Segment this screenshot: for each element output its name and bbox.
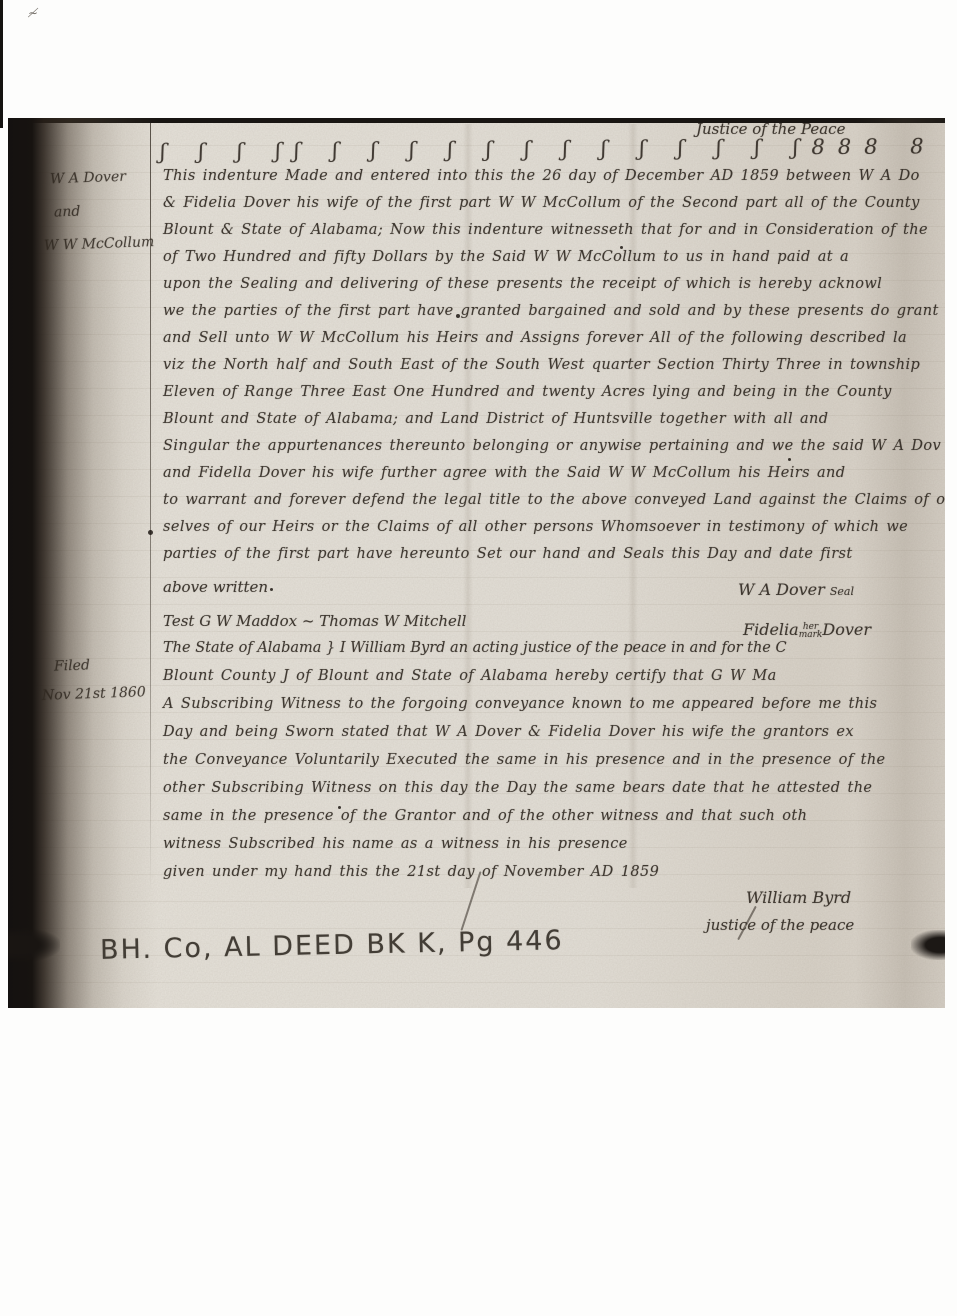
deed-line: selves of our Heirs or the Claims of all… [163, 519, 945, 546]
attestation-line: Test G W Maddox ~ Thomas W Mitchell [163, 612, 466, 630]
deed-line: Blount and State of Alabama; and Land Di… [163, 411, 945, 438]
deed-line: and Fidella Dover his wife further agree… [163, 465, 945, 492]
wife-signature-first: Fidelia [743, 620, 799, 639]
archival-reference-note: BH. Co, AL DEED BK K, Pg 446 [100, 925, 564, 966]
deed-line: Blount & State of Alabama; Now this inde… [163, 222, 945, 249]
ink-speck [620, 246, 623, 249]
certificate-line: Day and being Sworn stated that W A Dove… [163, 724, 945, 752]
certificate-line: the Conveyance Voluntarily Executed the … [163, 752, 945, 780]
certificate-opening-line: The State of Alabama } I William Byrd an… [163, 640, 787, 656]
deed-line: & Fidelia Dover his wife of the first pa… [163, 195, 945, 222]
deed-line: Singular the appurtenances thereunto bel… [163, 438, 945, 465]
margin-note-connector: and [54, 204, 81, 221]
margin-note-filed: Filed [54, 657, 90, 674]
justice-signature: William Byrd [746, 888, 851, 907]
deed-line: upon the Sealing and delivering of these… [163, 276, 945, 303]
deed-closing-line: above written [163, 578, 268, 596]
seal-mark: Seal [830, 585, 854, 598]
deed-line: viz the North half and South East of the… [163, 357, 945, 384]
deed-line: and Sell unto W W McCollum his Heirs and… [163, 330, 945, 357]
ink-speck [788, 458, 791, 461]
wife-signature-last: Dover [822, 620, 871, 639]
scan-blob-bottom-left [8, 928, 60, 962]
ink-speck [456, 314, 460, 318]
deed-page: Justice of the Peace ʃ ʃ ʃ ʃʃ ʃ ʃ ʃ ʃ ʃ … [8, 118, 945, 1008]
deed-line: This indenture Made and entered into thi… [163, 168, 945, 195]
certificate-line: Blount County J of Blount and State of A… [163, 668, 945, 696]
grantor-signature: W A Dover Seal [738, 580, 854, 599]
certificate-text: Blount County J of Blount and State of A… [163, 668, 945, 892]
wife-signature: FideliahermarkDover [743, 620, 871, 639]
deed-line: of Two Hundred and fifty Dollars by the … [163, 249, 945, 276]
justice-title: justice of the peace [706, 916, 854, 934]
deed-line: we the parties of the first part have gr… [163, 303, 945, 330]
pen-flourish-row: ʃ ʃ ʃ ʃʃ ʃ ʃ ʃ ʃ ʃ ʃ ʃ ʃ ʃ ʃ ʃ ʃ ʃ888 8 … [160, 132, 945, 163]
certificate-line: A Subscribing Witness to the forgoing co… [163, 696, 945, 724]
ink-speck [270, 588, 273, 591]
scanned-deed-document: ≁ Justice of the Peace ʃ ʃ ʃ ʃʃ ʃ ʃ ʃ ʃ … [0, 0, 957, 1316]
stray-pen-mark: ≁ [28, 6, 38, 20]
ink-speck [338, 806, 341, 809]
mark-label: mark [799, 630, 823, 640]
certificate-line: witness Subscribed his name as a witness… [163, 836, 945, 864]
ink-speck [148, 530, 153, 535]
margin-note-grantor: W A Dover [50, 169, 126, 188]
deed-line: to warrant and forever defend the legal … [163, 492, 945, 519]
scanner-edge-artifact [0, 0, 3, 128]
grantor-signature-name: W A Dover [738, 580, 825, 599]
deed-line: parties of the first part have hereunto … [163, 546, 945, 573]
certificate-line: other Subscribing Witness on this day th… [163, 780, 945, 808]
deed-body-text: This indenture Made and entered into thi… [163, 168, 945, 573]
certificate-line: same in the presence of the Grantor and … [163, 808, 945, 836]
scan-blob-bottom-right [911, 930, 945, 960]
deed-line: Eleven of Range Three East One Hundred a… [163, 384, 945, 411]
her-mark-stack: hermark [799, 623, 823, 639]
